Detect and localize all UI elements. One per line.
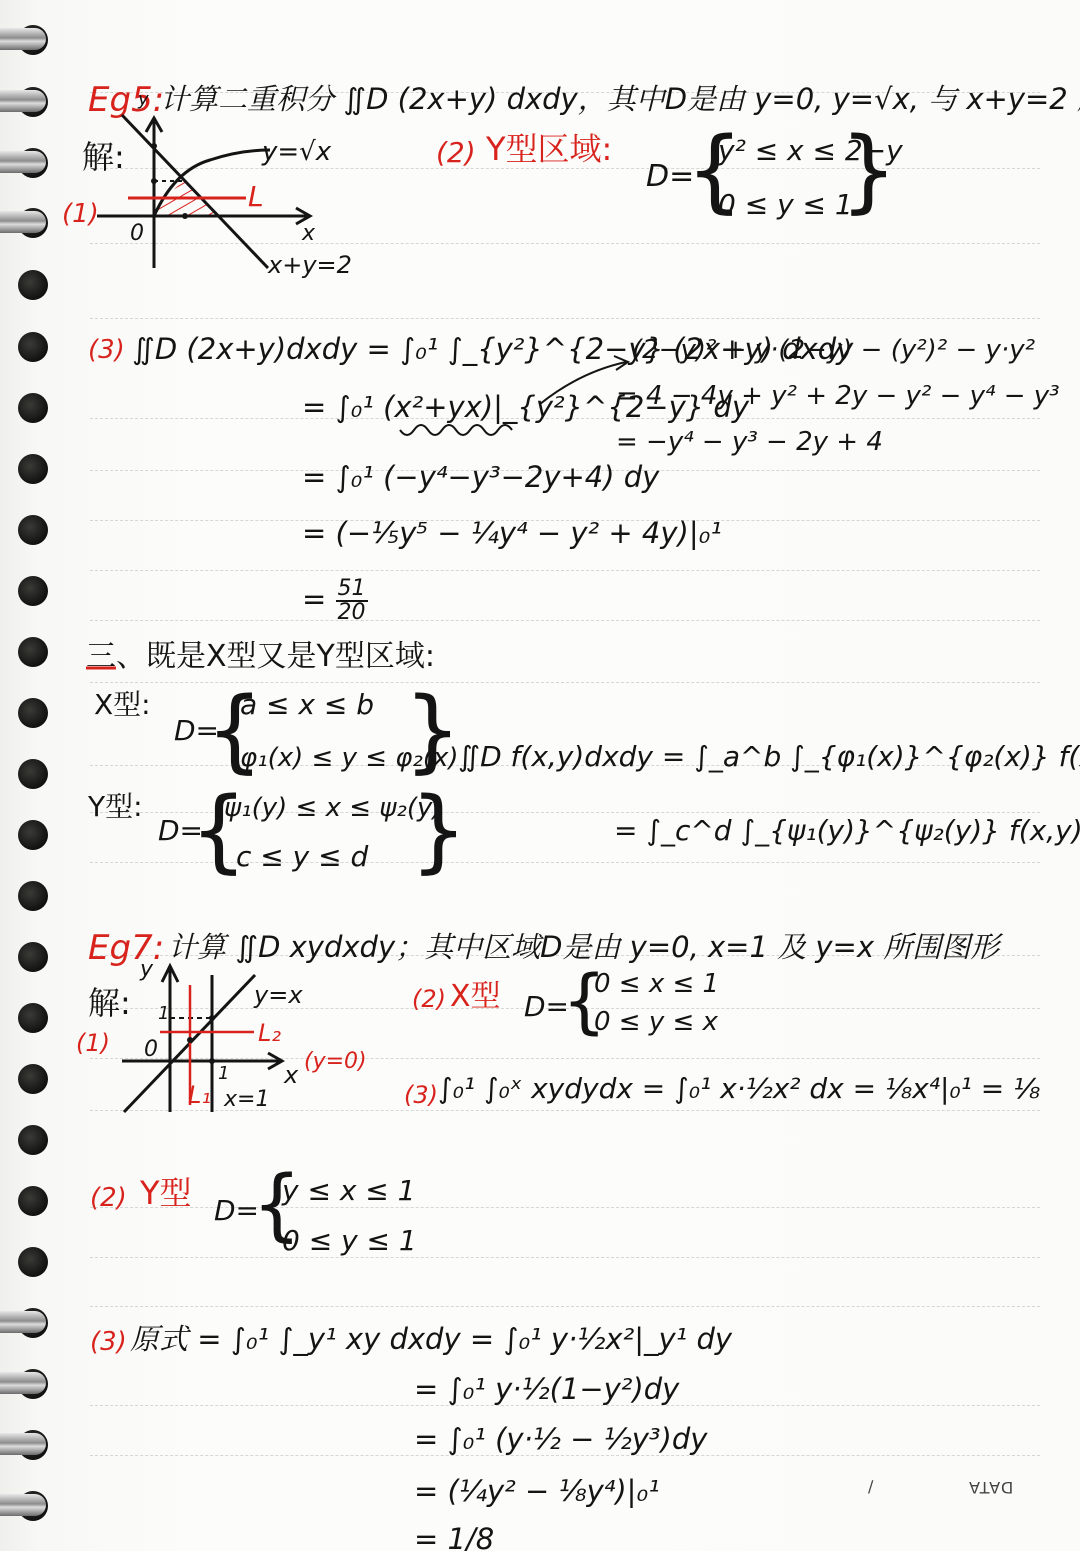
eg7-tick-x: 1 xyxy=(218,1064,229,1084)
eg7-y-condition-2: 0 ≤ y ≤ 1 xyxy=(282,1226,417,1257)
eg7-y-step3-label: (3) xyxy=(90,1328,127,1357)
eg7-y-condition-1: y ≤ x ≤ 1 xyxy=(282,1176,415,1207)
eg7-x-step2-label: (2) xyxy=(412,986,446,1012)
eg7-y-step3-result: = 1/8 xyxy=(414,1524,494,1551)
eg7-y-step2-label: (2) xyxy=(90,1184,127,1213)
eg7-y-step3-line-3: = ∫₀¹ (y·½ − ½y³)dy xyxy=(414,1424,707,1456)
eg7-tick-y: 1 xyxy=(158,1004,169,1024)
eg7-x-axis-label: x xyxy=(284,1062,298,1088)
eg7-line-label: y=x xyxy=(254,982,303,1008)
binding-hole xyxy=(18,1186,48,1216)
eg7-x-step2-title: X型 xyxy=(450,980,501,1013)
binding-ring xyxy=(0,1433,46,1455)
eg7-origin-label: 0 xyxy=(144,1038,158,1062)
binding-hole xyxy=(18,1247,48,1277)
binding-ring xyxy=(0,1311,46,1333)
eg7-x-condition-2: 0 ≤ y ≤ x xyxy=(594,1008,718,1037)
eg7-l1-label: L₁ xyxy=(188,1082,211,1108)
eg7-x-condition-1: 0 ≤ x ≤ 1 xyxy=(594,970,719,999)
ruled-line xyxy=(90,1257,1040,1258)
eg7-x-step3-line: ∫₀¹ ∫₀ˣ xydydx = ∫₀¹ x·½x² dx = ⅛x⁴|₀¹ =… xyxy=(438,1074,1040,1105)
eg7-region-diagram xyxy=(0,0,1080,1130)
footer-data-stamp: DATA xyxy=(968,1478,1013,1497)
ruled-line xyxy=(90,1306,1040,1307)
eg7-y-step3-line-2: = ∫₀¹ y·½(1−y²)dy xyxy=(414,1374,679,1406)
eg7-y-step3-line-1: 原式 = ∫₀¹ ∫_y¹ xy dxdy = ∫₀¹ y·½x²|_y¹ dy xyxy=(130,1324,732,1356)
notebook-page: Eg5: 计算二重积分 ∬D (2x+y) dxdy，其中D是由 y=0, y=… xyxy=(0,0,1080,1551)
eg7-y-axis-label: y xyxy=(140,958,153,982)
eg7-vertical-label: x=1 xyxy=(224,1088,269,1112)
eg7-x-step3-label: (3) xyxy=(404,1082,438,1108)
eg7-y-step2-title: Y型 xyxy=(140,1176,192,1211)
footer-slash: / xyxy=(868,1478,873,1497)
binding-ring xyxy=(0,1494,46,1516)
eg7-x-axis-note: (y=0) xyxy=(304,1050,367,1074)
eg7-y-step3-line-4: = (¼y² − ⅛y⁴)|₀¹ xyxy=(414,1476,660,1508)
binding-ring xyxy=(0,1372,46,1394)
eg7-l2-label: L₂ xyxy=(258,1020,281,1046)
